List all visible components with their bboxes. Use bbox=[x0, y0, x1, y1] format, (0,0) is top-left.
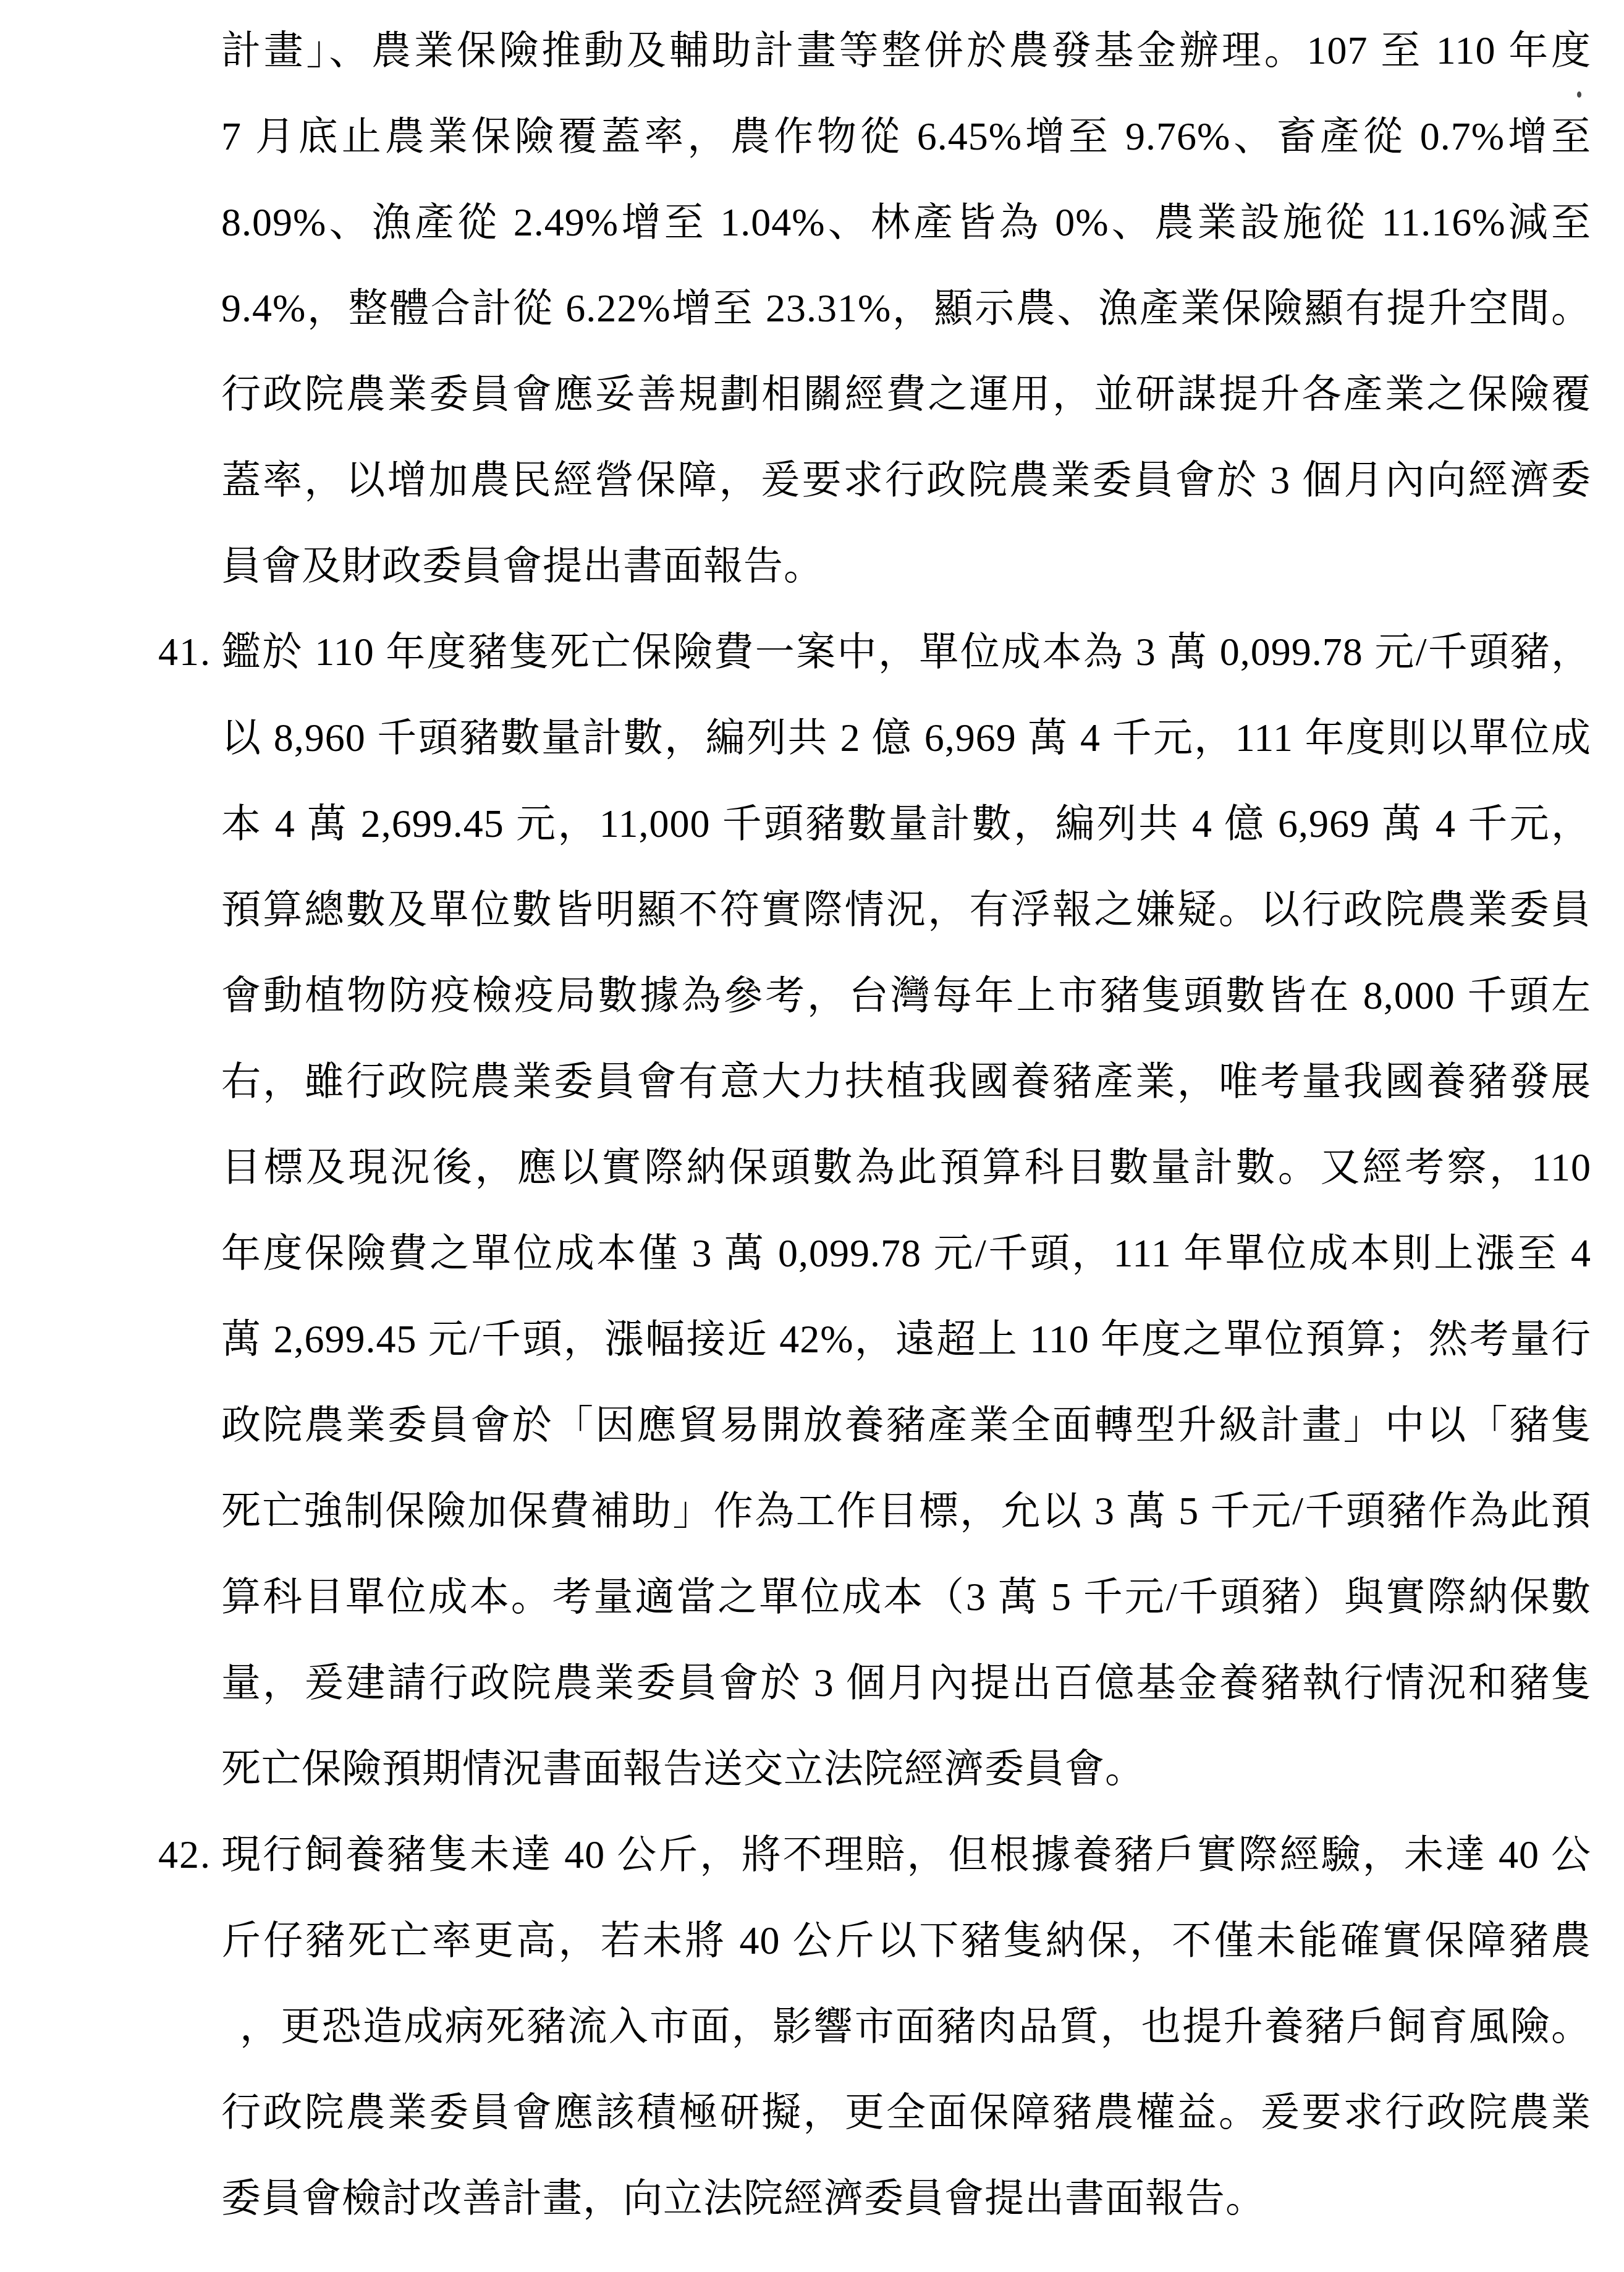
text-line-item-42: 42.現行飼養豬隻未達 40 公斤，將不理賠，但根據養豬戶實際經驗，未達 40 … bbox=[221, 1812, 1591, 1897]
text-line: 本 4 萬 2,699.45 元，11,000 千頭豬數量計數，編列共 4 億 … bbox=[221, 781, 1591, 867]
text-line: 預算總數及單位數皆明顯不符實際情況，有浮報之嫌疑。以行政院農業委員 bbox=[221, 867, 1591, 952]
text-line: 會動植物防疫檢疫局數據為參考，台灣每年上市豬隻頭數皆在 8,000 千頭左 bbox=[221, 952, 1591, 1038]
text-line: 斤仔豬死亡率更高，若未將 40 公斤以下豬隻納保，不僅未能確實保障豬農 bbox=[221, 1897, 1591, 1983]
scan-speck bbox=[1577, 91, 1581, 98]
text-line: 死亡保險預期情況書面報告送交立法院經濟委員會。 bbox=[221, 1726, 1591, 1812]
text-line: 員會及財政委員會提出書面報告。 bbox=[221, 523, 1591, 609]
text-line: 行政院農業委員會應妥善規劃相關經費之運用，並研謀提升各產業之保險覆 bbox=[221, 351, 1591, 437]
text-line: 目標及現況後，應以實際納保頭數為此預算科目數量計數。又經考察，110 bbox=[221, 1124, 1591, 1210]
text-line: 行政院農業委員會應該積極研擬，更全面保障豬農權益。爰要求行政院農業 bbox=[221, 2069, 1591, 2155]
text-line: 政院農業委員會於「因應貿易開放養豬產業全面轉型升級計畫」中以「豬隻 bbox=[221, 1382, 1591, 1468]
text-line: 量，爰建請行政院農業委員會於 3 個月內提出百億基金養豬執行情況和豬隻 bbox=[221, 1640, 1591, 1726]
text-line: 死亡強制保險加保費補助」作為工作目標，允以 3 萬 5 千元/千頭豬作為此預 bbox=[221, 1468, 1591, 1554]
item-number-42: 42. bbox=[158, 1812, 220, 1897]
text-line: 7 月底止農業保險覆蓋率，農作物從 6.45%增至 9.76%、畜產從 0.7%… bbox=[221, 93, 1591, 179]
text-line: 右，雖行政院農業委員會有意大力扶植我國養豬產業，唯考量我國養豬發展 bbox=[221, 1038, 1591, 1124]
line-text: 鑑於 110 年度豬隻死亡保險費一案中，單位成本為 3 萬 0,099.78 元… bbox=[221, 630, 1591, 674]
text-line: 9.4%，整體合計從 6.22%增至 23.31%，顯示農、漁產業保險顯有提升空… bbox=[221, 265, 1591, 351]
item-number-41: 41. bbox=[158, 609, 220, 695]
text-line: 計畫」、農業保險推動及輔助計畫等整併於農發基金辦理。107 至 110 年度 bbox=[221, 7, 1591, 93]
text-line-item-41: 41.鑑於 110 年度豬隻死亡保險費一案中，單位成本為 3 萬 0,099.7… bbox=[221, 609, 1591, 695]
text-line: 委員會檢討改善計畫，向立法院經濟委員會提出書面報告。 bbox=[221, 2155, 1591, 2241]
text-line: ，更恐造成病死豬流入市面，影響市面豬肉品質，也提升養豬戶飼育風險。 bbox=[221, 1983, 1591, 2069]
line-text: 現行飼養豬隻未達 40 公斤，將不理賠，但根據養豬戶實際經驗，未達 40 公 bbox=[221, 1833, 1591, 1876]
scanned-document-page: 計畫」、農業保險推動及輔助計畫等整併於農發基金辦理。107 至 110 年度 7… bbox=[0, 0, 1624, 2272]
document-body: 計畫」、農業保險推動及輔助計畫等整併於農發基金辦理。107 至 110 年度 7… bbox=[221, 7, 1591, 2241]
text-line: 蓋率，以增加農民經營保障，爰要求行政院農業委員會於 3 個月內向經濟委 bbox=[221, 437, 1591, 523]
text-line: 以 8,960 千頭豬數量計數，編列共 2 億 6,969 萬 4 千元，111… bbox=[221, 695, 1591, 781]
text-line: 8.09%、漁產從 2.49%增至 1.04%、林產皆為 0%、農業設施從 11… bbox=[221, 179, 1591, 265]
text-line: 萬 2,699.45 元/千頭，漲幅接近 42%，遠超上 110 年度之單位預算… bbox=[221, 1296, 1591, 1382]
text-line: 算科目單位成本。考量適當之單位成本（3 萬 5 千元/千頭豬）與實際納保數 bbox=[221, 1554, 1591, 1640]
text-line: 年度保險費之單位成本僅 3 萬 0,099.78 元/千頭，111 年單位成本則… bbox=[221, 1210, 1591, 1296]
